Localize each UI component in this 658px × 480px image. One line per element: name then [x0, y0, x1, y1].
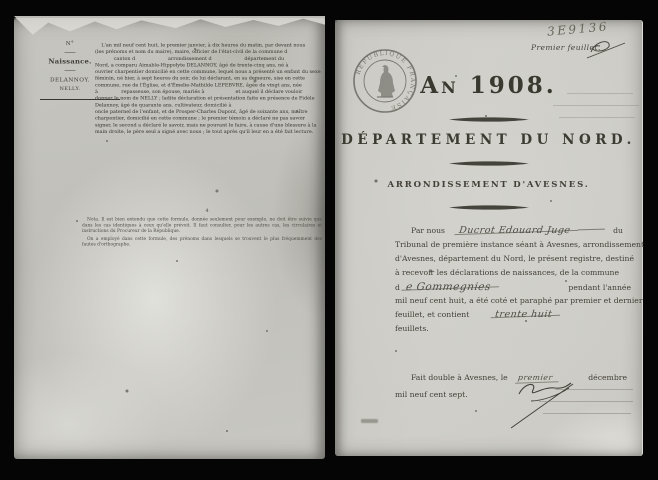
feuillet-label: Premier feuillet.	[531, 43, 601, 52]
ornamental-rule	[335, 160, 642, 167]
declaration-line: à recevoir les déclarations de naissance…	[395, 266, 635, 280]
nota-paragraph: Nota. Il est bien entendu que cette form…	[82, 217, 322, 234]
act-line: ouvrier charpentier domicilié en cette c…	[95, 69, 328, 76]
declaration-line: Par nous Ducrot Edouard Juge du	[395, 224, 635, 238]
declaration-line: feuillet, et contient trente huit	[395, 308, 635, 322]
nota-block: Nota. Il est bien entendu que cette form…	[82, 217, 332, 250]
margin-divider	[65, 71, 76, 72]
act-line: main droite, le père seul a signé avec n…	[95, 128, 328, 135]
act-line: charpentier, domicilié en cette commune …	[95, 115, 328, 122]
commune-name-handwritten: e Gommegnies	[405, 280, 492, 294]
declaration-line: feuillets.	[395, 322, 635, 336]
du-word: du	[613, 224, 623, 238]
left-page: N° Naissance. DELANNOY. NELLY. L'an mil …	[14, 18, 325, 459]
bleedthrough-line	[543, 402, 631, 414]
act-line: canton d arrondissement d département du	[95, 55, 328, 62]
bleedthrough-lines-bottom	[539, 378, 635, 414]
flourish-line	[578, 229, 605, 231]
act-number-label: N°	[40, 40, 100, 47]
register-declaration: Par nous Ducrot Edouard Juge du Tribunal…	[395, 224, 635, 336]
declaration-line: Tribunal de première instance séant à Av…	[395, 238, 635, 252]
act-type-label: Naissance.	[40, 57, 100, 66]
act-line: signer, le second a déclaré le savoir, m…	[95, 122, 328, 129]
ornamental-rule	[335, 116, 642, 123]
fait-double-label: Fait double à Avesnes, le	[411, 369, 508, 386]
act-line: commune, rue de l'Église, et d'Émelie-Ma…	[95, 82, 328, 89]
model-birth-act-text: L'an mil neuf cent huit, le premier janv…	[95, 42, 328, 135]
declaration-line: mil neuf cent huit, a été coté et paraph…	[395, 294, 635, 308]
ornamental-rule	[335, 204, 642, 211]
commune-prefix: d	[395, 281, 400, 295]
act-line: (les prénoms et nom du maire), maire, of…	[95, 49, 328, 56]
margin-divider	[65, 52, 76, 53]
act-line: féminin, né hier, à sept heures du soir,…	[95, 75, 328, 82]
par-nous-label: Par nous	[411, 224, 445, 238]
torn-paper-edge	[14, 16, 325, 38]
act-surname: DELANNOY.	[40, 76, 100, 84]
act-margin-block: N° Naissance. DELANNOY. NELLY.	[40, 40, 100, 93]
bleedthrough-line	[539, 390, 633, 402]
right-page: 3E9136 Premier feuillet. RÉPUBLIQUE FRAN…	[335, 20, 643, 456]
department-title: DÉPARTEMENT DU NORD.	[335, 132, 642, 148]
register-scan-spread: N° Naissance. DELANNOY. NELLY. L'an mil …	[0, 0, 658, 480]
declaration-line: d e Gommegnies pendant l'année	[395, 280, 635, 294]
arrondissement-title: ARRONDISSEMENT D'AVESNES.	[335, 180, 642, 190]
year-title: An 1908.	[335, 72, 642, 99]
act-line: Delannoy, âgé de quarante ans, cultivate…	[95, 102, 328, 109]
judge-name-handwritten: Ducrot Edouard Juge	[458, 224, 571, 238]
act-line: Nord, a comparu Aimable-Hippolyte DELANN…	[95, 62, 328, 69]
act-line: à repasseuse, son épouse, mariés à et au…	[95, 89, 328, 96]
act-line: oncle paternel de l'enfant, et de Prospe…	[95, 108, 328, 115]
act-firstname: NELLY.	[40, 86, 100, 93]
declaration-line: d'Avesnes, département du Nord, le prése…	[395, 252, 635, 266]
contient-prefix: feuillet, et contient	[395, 308, 469, 322]
printer-mark-smudge	[361, 419, 378, 423]
footnote-mark: 4	[82, 208, 332, 214]
pendant-annee-label: pendant l'année	[568, 281, 631, 295]
folio-count-handwritten: trente huit	[494, 308, 553, 322]
act-line: donner le nom de NELLY ; ladite déclarat…	[95, 95, 328, 102]
bleedthrough-line	[555, 378, 633, 390]
act-line: L'an mil neuf cent huit, le premier janv…	[95, 42, 328, 49]
nota-paragraph: On a employé dans cette formule, des pré…	[82, 236, 322, 248]
